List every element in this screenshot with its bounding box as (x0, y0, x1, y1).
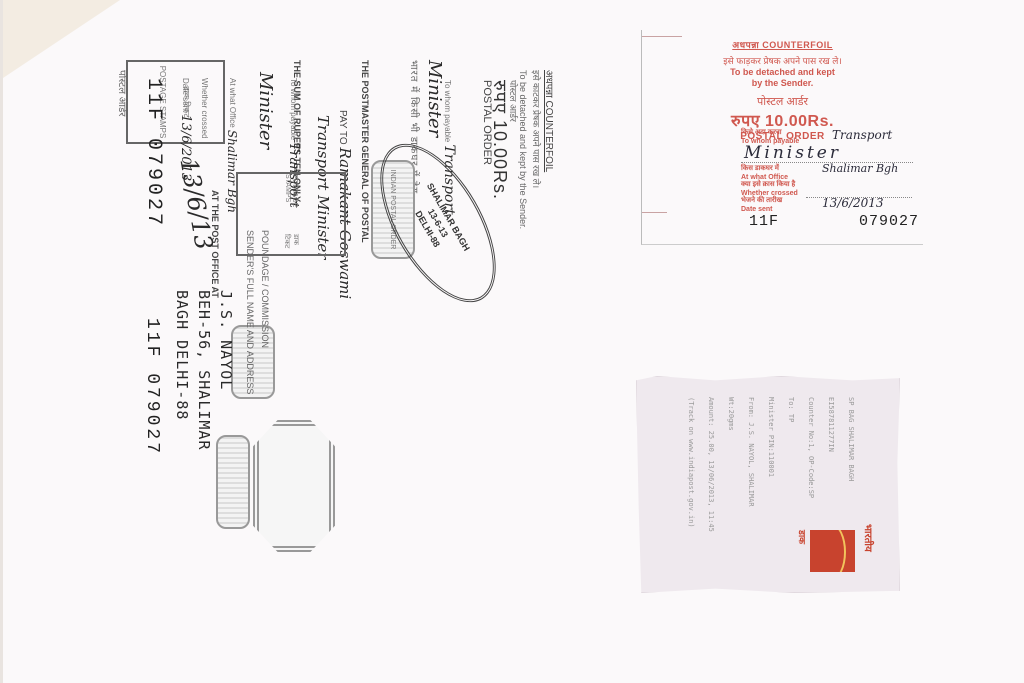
crop-mark (642, 36, 682, 37)
receipt-line: Minister PIN:110001 (767, 397, 775, 477)
sender-address-line-2: BAGH DELHI-88 (173, 290, 191, 420)
india-post-logo-text-2: डाक (796, 530, 809, 544)
counterfoil-note-2: by the Sender. (642, 78, 923, 89)
order-strip-payable-value-2: Minister (255, 72, 276, 149)
date-value: 13/6/2013 (822, 196, 884, 210)
counterfoil: अधपन्ना COUNTERFOIL इसे फाड़कर प्रेषक अप… (641, 30, 923, 245)
order-instruction: THE POSTMASTER GENERAL OF POSTAL (360, 60, 370, 243)
receipt-line: SP BAG SHALIMAR BAGH (847, 397, 855, 481)
order-main-serial: 11F 079027 (142, 318, 162, 456)
payable-value: Transport (832, 128, 892, 142)
pay-to-label: PAY TO (337, 110, 348, 145)
crop-mark (642, 212, 667, 213)
counterfoil-hindi-note: इसे फाड़कर प्रेषक अपने पास रख ले। (642, 54, 923, 67)
receipt-line: Counter No:1, OP-Code:SP (807, 397, 815, 498)
postal-order: अधपन्ना COUNTERFOIL इसे काटकर प्रेषक अपन… (105, 40, 565, 560)
counterfoil-postal-order-hi: पोस्टल आर्डर (642, 94, 923, 109)
date-label: भेजने की तारीख Date sent (741, 196, 782, 214)
serial-number: 079027 (859, 213, 919, 230)
india-post-logo-icon (810, 530, 855, 572)
order-strip-crossed-label: Whether crossed (200, 78, 209, 138)
receipt-line: From: J.S. NAYOL, SHALIMAR (747, 397, 755, 507)
order-strip-serial: 11F 079027 (142, 78, 165, 228)
payable-value-2: Minister (744, 143, 841, 163)
office-value: Shalimar Bgh (822, 162, 898, 175)
order-footer-hindi: पोस्टल आर्डर (116, 70, 130, 116)
speed-post-receipt: SP BAG SHALIMAR BAGHEI587811277INCounter… (636, 376, 900, 593)
strip-header: अधपन्ना COUNTERFOIL इसे काटकर प्रेषक अपन… (516, 70, 555, 229)
india-post-logo-text-1: भारतीय (860, 524, 874, 552)
counterfoil-serial: 11F 079027 (749, 213, 919, 230)
receipt-line: To: TP (787, 397, 795, 422)
postal-order-counterfoil-strip: अधपन्ना COUNTERFOIL इसे काटकर प्रेषक अपन… (430, 40, 565, 560)
serial-prefix: 11F (749, 213, 779, 230)
strip-title: अधपन्ना COUNTERFOIL (542, 70, 555, 229)
order-octagon-seal (253, 420, 335, 552)
strip-amount: रुपए 10.00Rs. (493, 80, 506, 200)
counterfoil-note-1: To be detached and kept (642, 67, 923, 78)
sender-address-line-1: BEH-56, SHALIMAR (195, 290, 213, 451)
receipt-line: (Track on www.indiapost.gov.in) (687, 397, 695, 528)
postal-order-scan: अधपन्ना COUNTERFOIL इसे काटकर प्रेषक अपन… (105, 40, 565, 560)
order-emblem-bottom (216, 435, 250, 529)
strip-hindi-note: इसे काटकर प्रेषक अपने पास रख ले। (529, 70, 542, 229)
strip-amount-block: पोस्टल आर्डर रुपए 10.00Rs. POSTAL ORDER (480, 80, 519, 200)
postage-stamps-box-overlay: POSTAGE STAMPS डाक टिकट (236, 172, 346, 256)
postage-stamps-box: डाक टिकट POSTAGE STAMPS (126, 60, 225, 144)
page-edge (0, 0, 3, 683)
sender-name: J.S. NAYOL (217, 290, 235, 390)
page-fold-corner (0, 0, 120, 80)
receipt-line: Amount: 25.00, 13/06/2013, 11:45 (707, 397, 715, 532)
receipt-line: Wt:20gms (727, 397, 735, 431)
receipt-line: EI587811277IN (827, 397, 835, 452)
counterfoil-title: अधपन्ना COUNTERFOIL (642, 38, 923, 51)
